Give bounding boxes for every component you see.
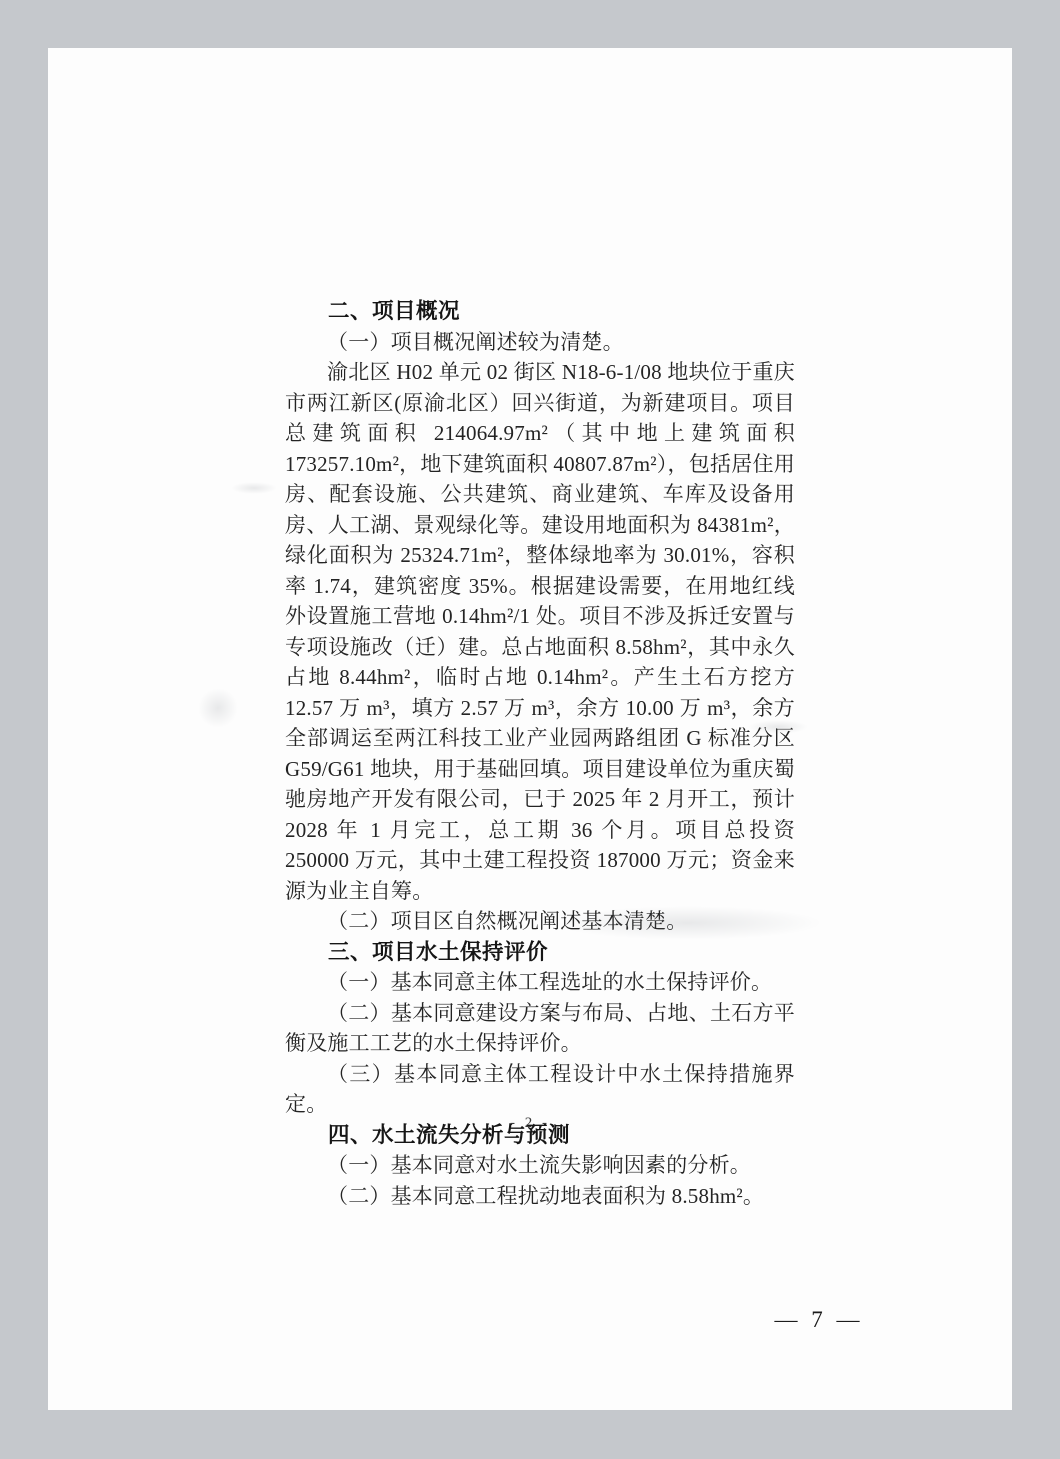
scan-artifact	[198, 688, 238, 728]
footer-page-number: - 2 -	[48, 1115, 1012, 1132]
scan-background: 二、项目概况 （一）项目概况阐述较为清楚。 渝北区 H02 单元 02 街区 N…	[0, 0, 1060, 1459]
heading-project-overview: 二、项目概况	[285, 296, 795, 327]
sheet-page-number: — 7 —	[727, 1306, 907, 1334]
document-body: 二、项目概况 （一）项目概况阐述较为清楚。 渝北区 H02 单元 02 街区 N…	[285, 296, 795, 1211]
para-project-overview-clear: （一）项目概况阐述较为清楚。	[285, 327, 795, 358]
document-page: 二、项目概况 （一）项目概况阐述较为清楚。 渝北区 H02 单元 02 街区 N…	[48, 48, 1012, 1410]
heading-soil-water-conservation-evaluation: 三、项目水土保持评价	[285, 937, 795, 968]
para-project-details: 渝北区 H02 单元 02 街区 N18-6-1/08 地块位于重庆市两江新区(…	[285, 357, 795, 906]
para-disturbed-surface-area: （二）基本同意工程扰动地表面积为 8.58hm²。	[285, 1181, 795, 1212]
para-site-selection-evaluation: （一）基本同意主体工程选址的水土保持评价。	[285, 967, 795, 998]
scan-artifact	[231, 482, 277, 494]
para-natural-overview: （二）项目区自然概况阐述基本清楚。	[285, 906, 795, 937]
para-construction-plan-evaluation: （二）基本同意建设方案与布局、占地、土石方平衡及施工工艺的水土保持评价。	[285, 998, 795, 1059]
para-influence-factors-analysis: （一）基本同意对水土流失影响因素的分析。	[285, 1150, 795, 1181]
para-measures-definition: （三）基本同意主体工程设计中水土保持措施界定。	[285, 1059, 795, 1120]
